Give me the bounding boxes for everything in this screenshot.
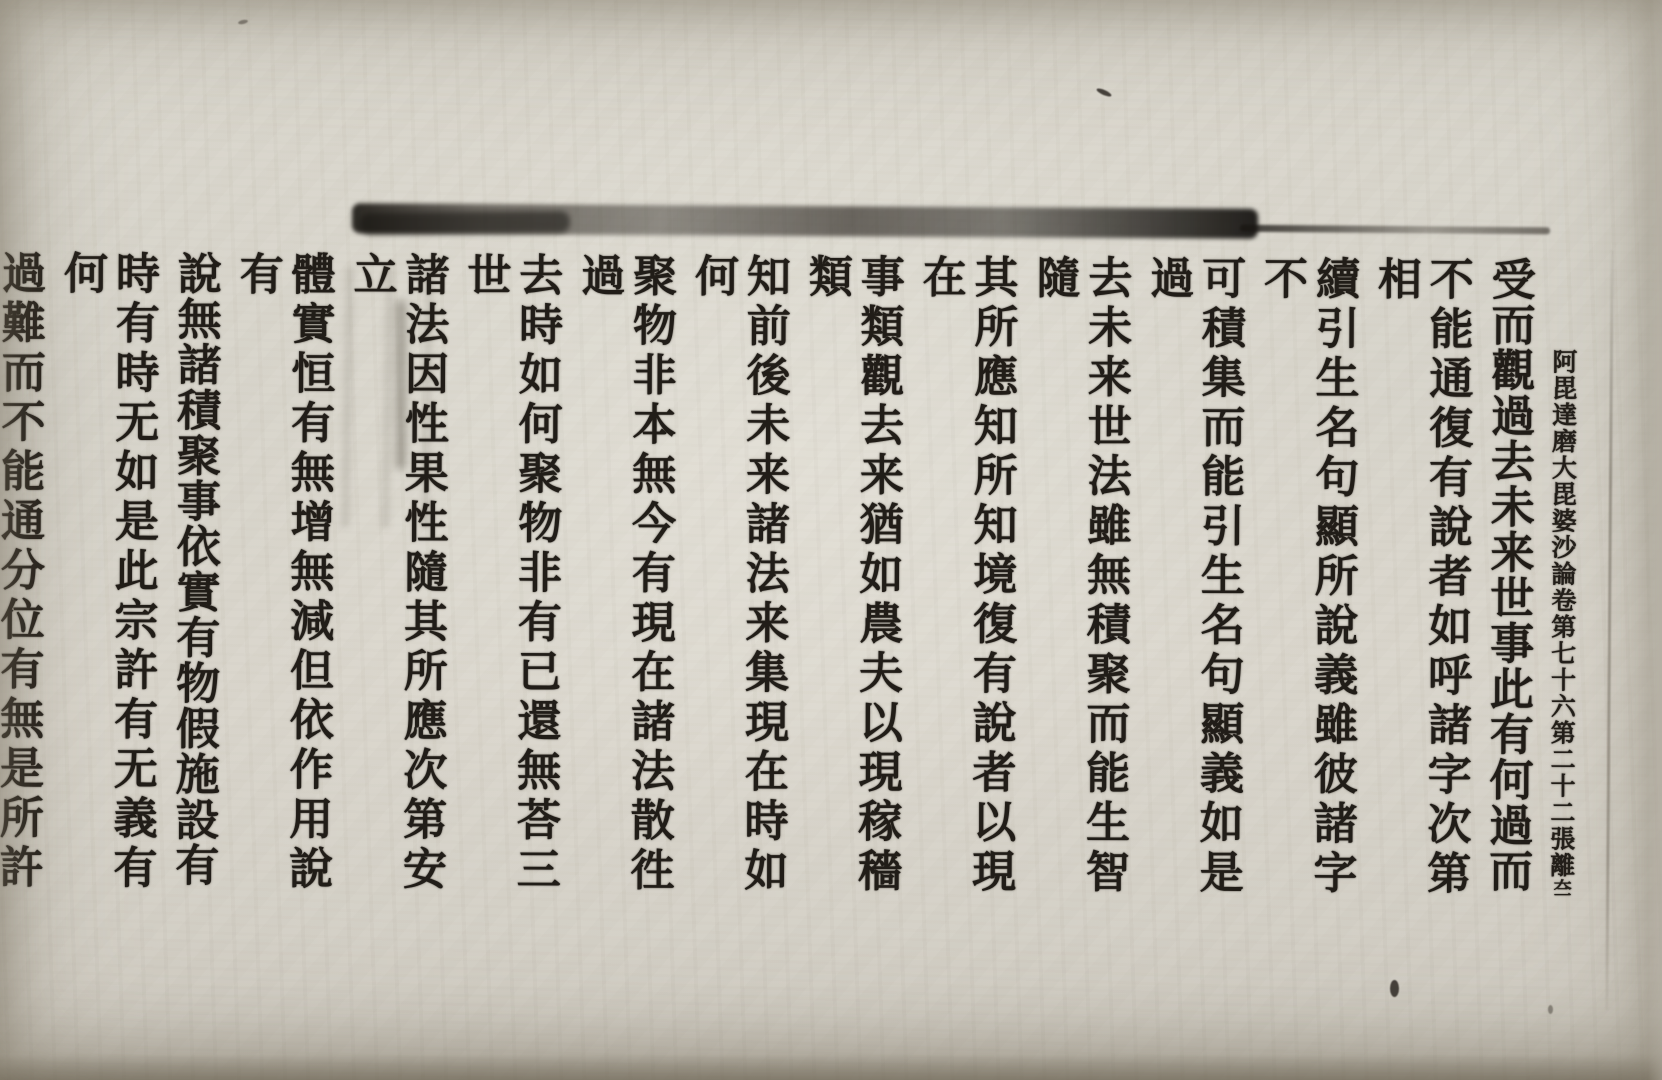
text-column-8: 知前後未来諸法来集現在時如何 <box>683 253 790 917</box>
paper-right-edge-highlight <box>1648 0 1662 1080</box>
text-column-6: 其所應知所知境復有說者以現在 <box>911 254 1018 918</box>
text-column-1: 受而觀過去未来世事此有何過而 <box>1480 256 1535 920</box>
text-column-5: 去未来世法雖無積聚而能生智隨 <box>1025 254 1132 918</box>
marginal-title-extra-mark: 夳 <box>1551 879 1572 899</box>
text-column-3: 續引生名句顯所說義雖彼諸字不 <box>1252 255 1359 919</box>
text-column-15: 過難而不能通分位有無是所許故 <box>0 250 45 914</box>
text-column-9: 聚物非本無今有現在諸法散徃過 <box>570 252 677 916</box>
text-column-12: 體實恒有無增無減但依作用說有 <box>228 251 335 915</box>
ink-fleck <box>1548 1005 1553 1014</box>
paper-background: 阿毘達磨大毘婆沙論卷第七十六第二十二張離夳 受而觀過去未来世事此有何過而 不能通… <box>0 0 1662 1080</box>
text-column-13: 說無諸積聚事依實有物假施設有 <box>166 251 221 915</box>
paper-scratch <box>1096 87 1113 98</box>
text-column-4: 可積集而能引生名句顯義如是過 <box>1139 255 1246 919</box>
ink-fleck <box>1390 980 1399 997</box>
marginal-title-column: 阿毘達磨大毘婆沙論卷第七十六第二十二張離夳 <box>1542 349 1582 921</box>
text-column-14: 時有時无如是此宗許有无義有何 <box>52 250 159 914</box>
paper-scratch <box>238 19 249 25</box>
text-column-11: 諸法因性果性隨其所應次第安立 <box>342 251 449 915</box>
text-column-10: 去時如何聚物非有已還無荅三世 <box>456 252 563 916</box>
paper-bottom-edge-shadow <box>0 1054 1662 1080</box>
marginal-title-text: 阿毘達磨大毘婆沙論卷第七十六第二十二張離 <box>1547 349 1578 879</box>
text-column-7: 事類觀去来猶如農夫以現稼穡類 <box>797 253 904 917</box>
paper-crease <box>1605 250 1613 1010</box>
printed-text-block: 阿毘達磨大毘婆沙論卷第七十六第二十二張離夳 受而觀過去未来世事此有何過而 不能通… <box>330 209 1591 920</box>
text-column-2: 不能通復有說者如呼諸字次第相 <box>1366 256 1473 920</box>
